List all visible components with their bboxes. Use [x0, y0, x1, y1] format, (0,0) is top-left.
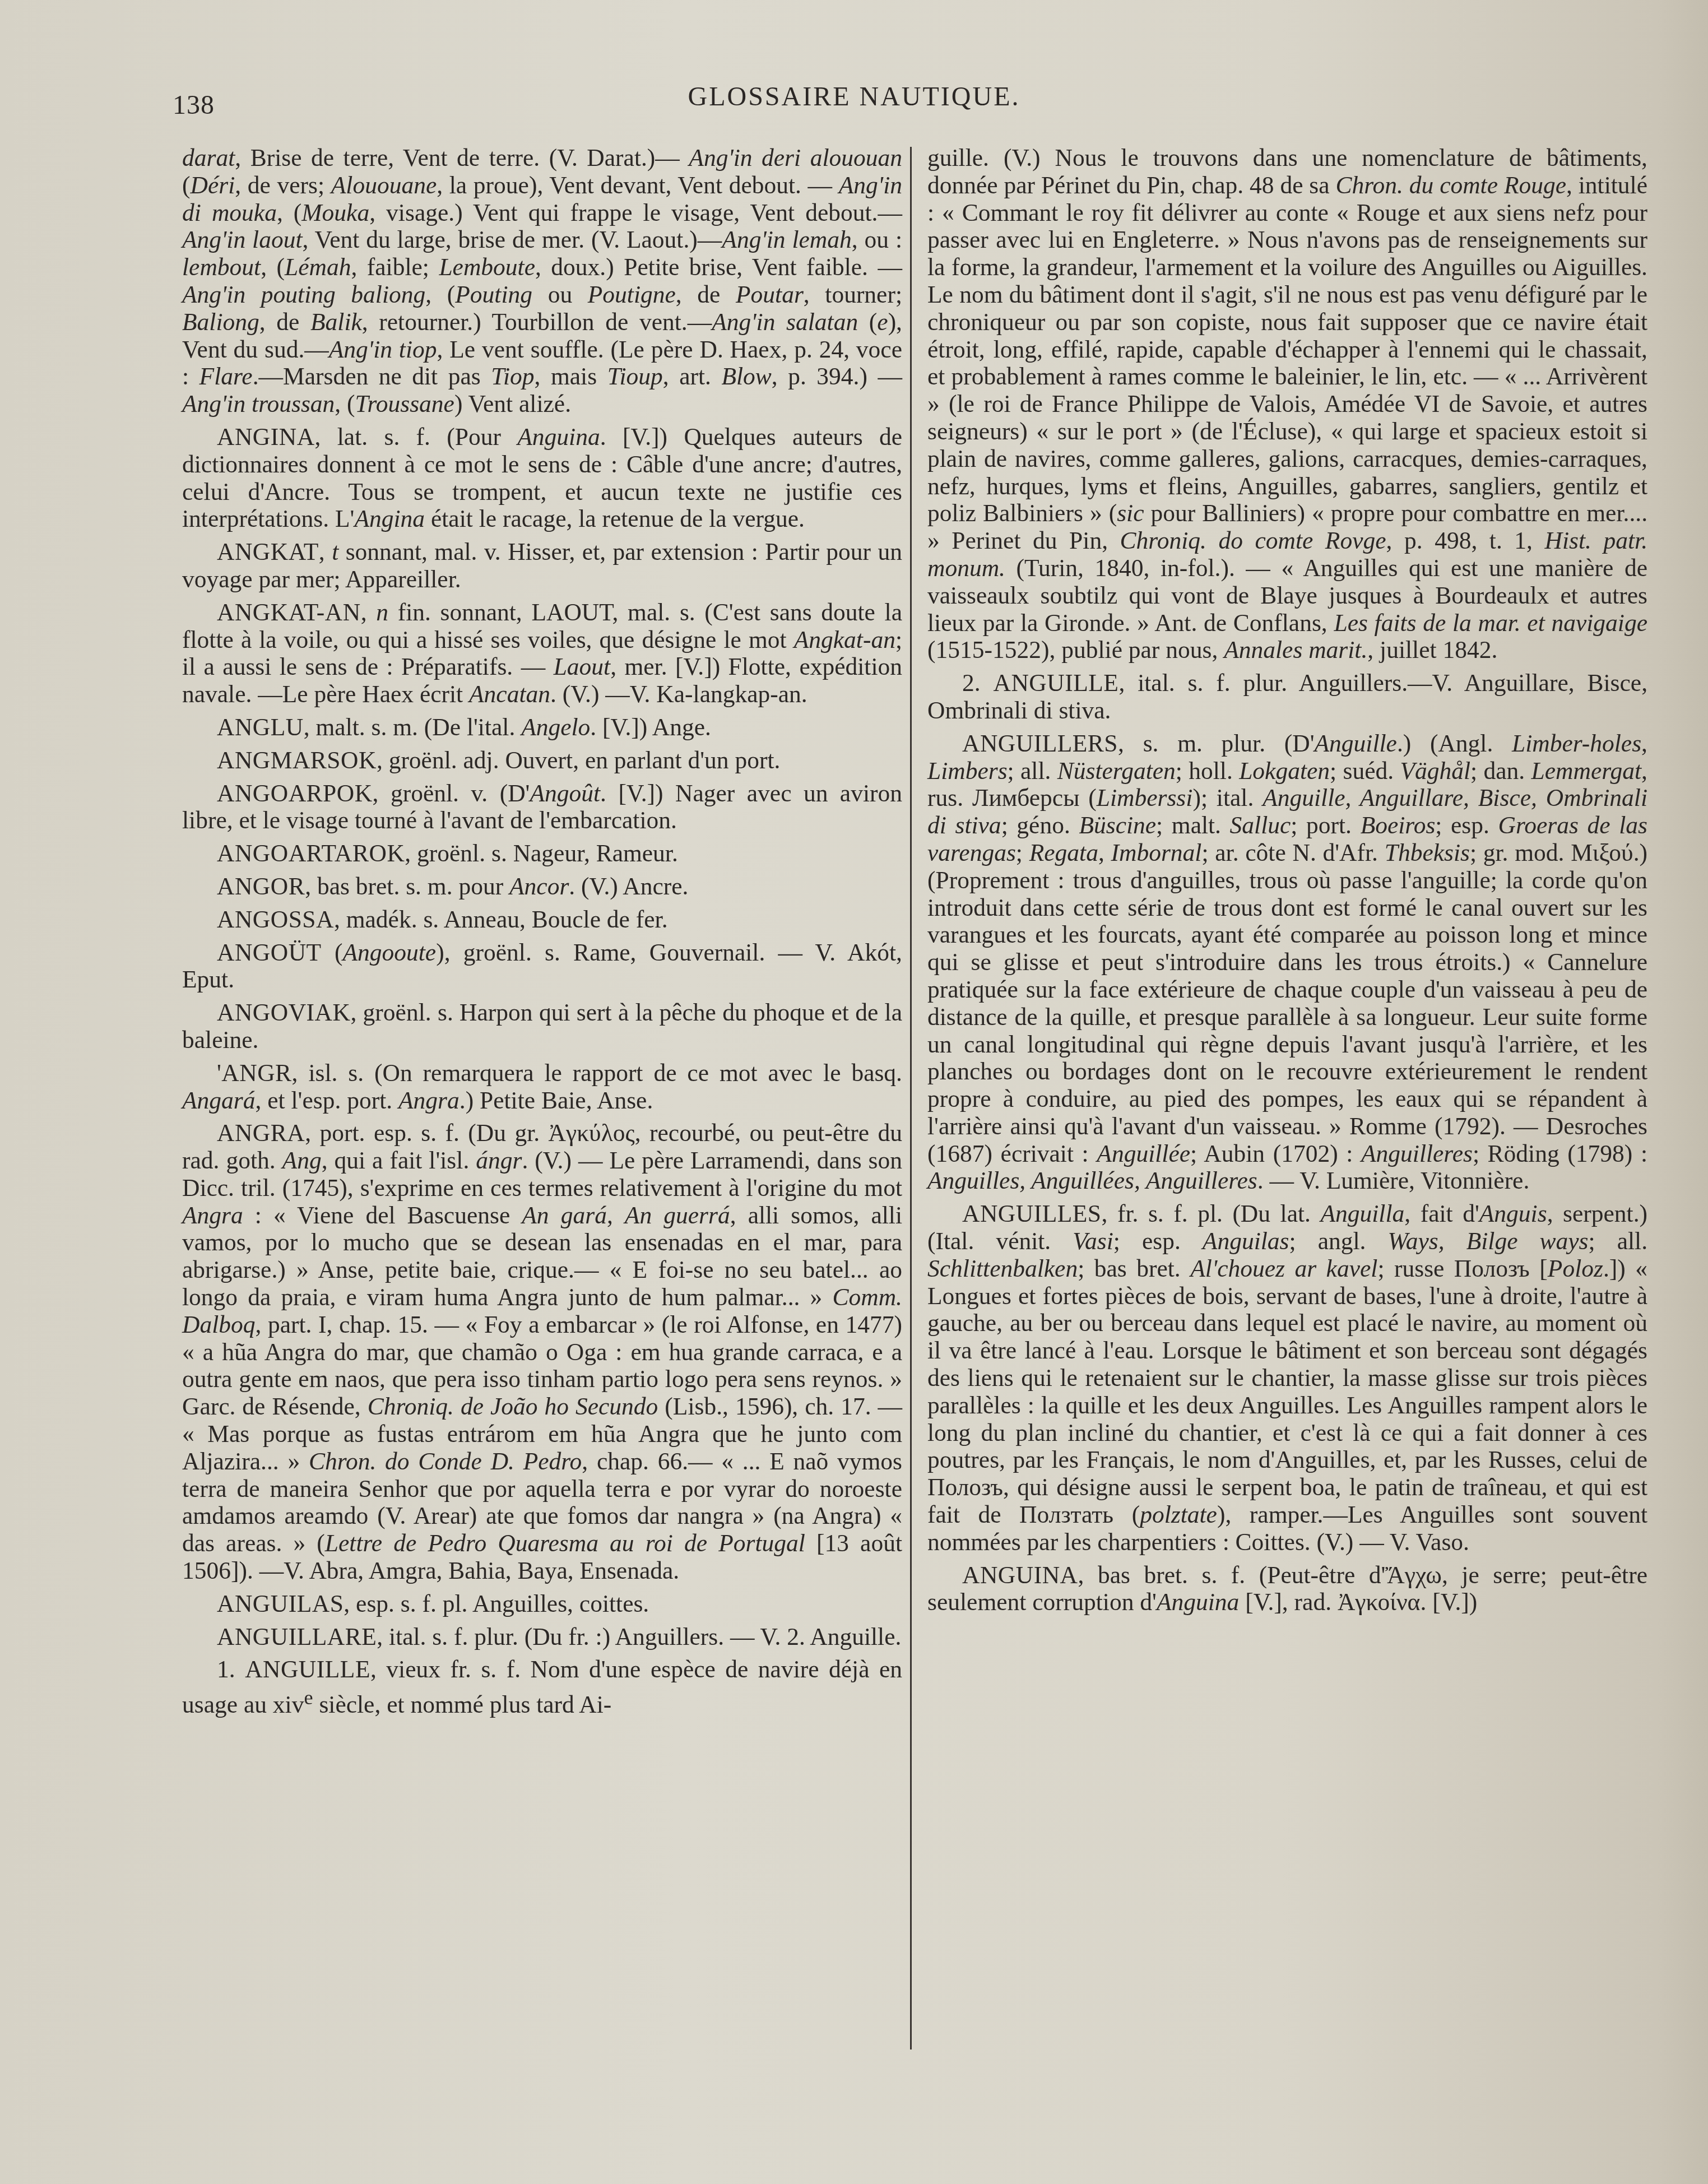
right-column: guille. (V.) Nous le trouvons dans une n…	[927, 145, 1647, 1622]
glossary-entry: ANGLU, malt. s. m. (De l'ital. Angelo. […	[182, 714, 902, 741]
glossary-entry: ANGOSSA, madék. s. Anneau, Boucle de fer…	[182, 906, 902, 934]
continued-entry: darat, Brise de terre, Vent de terre. (V…	[182, 145, 902, 418]
glossary-entry: ANGUILLARE, ital. s. f. plur. (Du fr. :)…	[182, 1624, 902, 1651]
glossary-entry: ANGUILLERS, s. m. plur. (D'Anguille.) (A…	[927, 730, 1647, 1195]
left-column: darat, Brise de terre, Vent de terre. (V…	[182, 145, 902, 1724]
column-divider	[910, 147, 912, 2049]
entry-text: , groënl. adj. Ouvert, en parlant d'un p…	[377, 747, 781, 774]
glossary-entry: 1. ANGUILLE, vieux fr. s. f. Nom d'une e…	[182, 1656, 902, 1718]
headword: ANGUILLARE	[217, 1624, 377, 1650]
glossary-entry: ANGUILLES, fr. s. f. pl. (Du lat. Anguil…	[927, 1200, 1647, 1556]
glossary-entry: ANGOVIAK, groënl. s. Harpon qui sert à l…	[182, 999, 902, 1054]
glossary-entry: 'ANGR, isl. s. (On remarquera le rapport…	[182, 1060, 902, 1115]
glossary-entry: ANGMARSOK, groënl. adj. Ouvert, en parla…	[182, 747, 902, 775]
headword: ANGLU	[217, 714, 304, 741]
glossary-entry: ANGKAT-AN, n fin. sonnant, LAOUT, mal. s…	[182, 599, 902, 708]
headword: ANGINA	[217, 424, 315, 451]
glossary-entry: ANGINA, lat. s. f. (Pour Anguina. [V.]) …	[182, 424, 902, 533]
glossary-entry: ANGOR, bas bret. s. m. pour Ancor. (V.) …	[182, 873, 902, 901]
glossary-entry: ANGOARTAROK, groënl. s. Nageur, Rameur.	[182, 840, 902, 868]
entry-text: , malt. s. m. (De l'ital. Angelo. [V.]) …	[304, 714, 711, 741]
entry-text: , port. esp. s. f. (Du gr. Ἀγκύλος, reco…	[182, 1120, 902, 1584]
entry-text: , esp. s. f. pl. Anguilles, coittes.	[344, 1591, 649, 1617]
glossary-entry: ANGUILAS, esp. s. f. pl. Anguilles, coit…	[182, 1591, 902, 1618]
glossary-entry: ANGRA, port. esp. s. f. (Du gr. Ἀγκύλος,…	[182, 1120, 902, 1585]
headword: ANGKAT	[217, 539, 319, 565]
book-page: 138 GLOSSAIRE NAUTIQUE. darat, Brise de …	[0, 0, 1708, 2184]
headword: ANGOARTAROK	[217, 840, 405, 867]
headword: ANGKAT-AN	[217, 599, 361, 626]
glossary-entry: ANGOÜT (Angooute), groënl. s. Rame, Gouv…	[182, 939, 902, 994]
headword: ANGOÜT	[217, 939, 322, 966]
headword: ANGUILLES	[962, 1200, 1102, 1227]
headword: ANGOR	[217, 873, 305, 900]
headword: ANGUILLE	[245, 1656, 370, 1683]
glossary-entry: 2. ANGUILLE, ital. s. f. plur. Anguiller…	[927, 670, 1647, 725]
headword: ANGRA	[217, 1120, 305, 1147]
headword: ANGUILLERS	[962, 730, 1118, 757]
headword: ANGOSSA	[217, 906, 334, 933]
entry-number: 2.	[962, 670, 994, 697]
headword: ANGMARSOK	[217, 747, 377, 774]
headword: ANGOVIAK	[217, 999, 350, 1026]
running-head: GLOSSAIRE NAUTIQUE.	[0, 81, 1708, 112]
continued-entry: guille. (V.) Nous le trouvons dans une n…	[927, 145, 1647, 664]
entry-text: , bas bret. s. m. pour Ancor. (V.) Ancre…	[305, 873, 688, 900]
entry-text: , groënl. s. Nageur, Rameur.	[405, 840, 678, 867]
headword: ANGOARPOK	[217, 780, 373, 807]
entry-text: darat, Brise de terre, Vent de terre. (V…	[182, 145, 902, 418]
headword: ANGUILLE	[994, 670, 1119, 697]
entry-text: , fr. s. f. pl. (Du lat. Anguilla, fait …	[927, 1200, 1647, 1556]
headword: ANGUINA	[962, 1562, 1078, 1589]
entry-number: 1.	[217, 1656, 245, 1683]
headword: ANGUILAS	[217, 1591, 344, 1617]
glossary-entry: ANGOARPOK, groënl. v. (D'Angoût. [V.]) N…	[182, 780, 902, 835]
entry-text: , s. m. plur. (D'Anguille.) (Angl. Limbe…	[927, 730, 1647, 1195]
entry-text: guille. (V.) Nous le trouvons dans une n…	[927, 145, 1647, 664]
glossary-entry: ANGKAT, t sonnant, mal. v. Hisser, et, p…	[182, 539, 902, 593]
headword: 'ANGR	[217, 1060, 292, 1087]
entry-text: , ital. s. f. plur. (Du fr. :) Anguiller…	[377, 1624, 901, 1650]
glossary-entry: ANGUINA, bas bret. s. f. (Peut-être d'Ἄγ…	[927, 1562, 1647, 1617]
entry-text: , madék. s. Anneau, Boucle de fer.	[334, 906, 668, 933]
